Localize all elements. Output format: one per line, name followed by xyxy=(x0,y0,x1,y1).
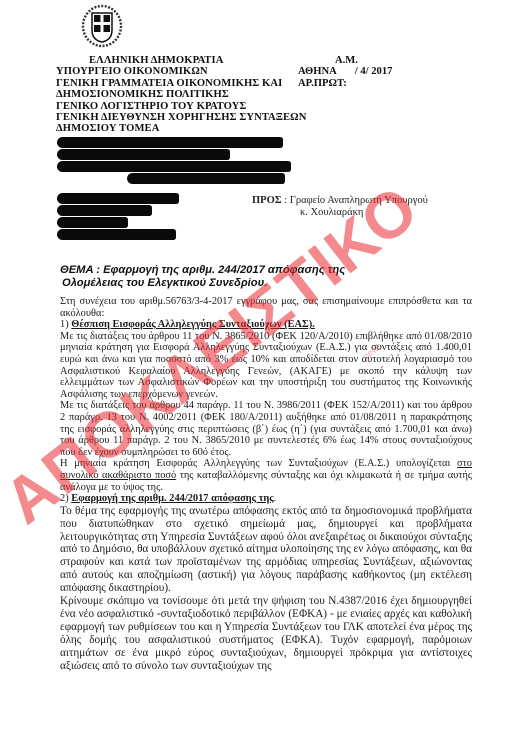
section-number: 1) xyxy=(60,319,69,330)
redaction-bar xyxy=(57,137,283,148)
header-line: ΕΛΛΗΝΙΚΗ ΔΗΜΟΚΡΑΤΙΑ xyxy=(56,55,307,66)
section-number: 2) xyxy=(60,493,69,504)
recipient-office: : Γραφείο Αναπληρωτή Υπουργού xyxy=(284,195,428,206)
text-run: Η μηνιαία κράτηση Εισφοράς Αλληλεγγύης τ… xyxy=(60,458,457,469)
header-line: ΓΕΝΙΚΗ ΔΙΕΥΘΥΝΣΗ ΧΟΡΗΓΗΣΗΣ ΣΥΝΤΑΞΕΩΝ xyxy=(56,112,307,123)
redaction-bar xyxy=(57,229,176,240)
document-meta-block: Α.Μ. ΑΘΗΝΑ / 4/ 2017 ΑΡ.ΠΡΩΤ: xyxy=(298,55,392,89)
header-line: ΔΗΜΟΣΙΟΝΟΜΙΚΗΣ ΠΟΛΙΤΙΚΗΣ xyxy=(56,89,307,100)
subject-line-1: ΘΕΜΑ : Εφαρμογή της αριθμ. 244/2017 απόφ… xyxy=(60,264,345,277)
redaction-bar xyxy=(57,161,291,172)
classification-label: Α.Μ. xyxy=(298,55,392,66)
header-line: ΔΗΜΟΣΙΟΥ ΤΟΜΕΑ xyxy=(56,123,307,134)
header-line: ΓΕΝΙΚΗ ΓΡΑΜΜΑΤΕΙΑ ΟΙΚΟΝΟΜΙΚΗΣ ΚΑΙ xyxy=(56,78,307,89)
redaction-bar xyxy=(127,173,285,184)
greek-coat-of-arms-icon xyxy=(80,4,124,48)
section-1-paragraph: Με τις διατάξεις του άρθρου 44 παράγρ. 1… xyxy=(60,400,472,458)
document-body: Στη συνέχεια του αριθμ.56763/3-4-2017 εγ… xyxy=(60,296,472,672)
issuing-authority-block: ΕΛΛΗΝΙΚΗ ΔΗΜΟΚΡΑΤΙΑ ΥΠΟΥΡΓΕΙΟ ΟΙΚΟΝΟΜΙΚΩ… xyxy=(56,55,307,135)
recipient-block: ΠΡΟΣ : Γραφείο Αναπληρωτή Υπουργού κ. Χο… xyxy=(252,195,428,219)
section-2-title: Εφαρμογή της αριθμ. 244/2017 απόφασης τη… xyxy=(71,493,273,504)
recipient-label: ΠΡΟΣ xyxy=(252,195,282,206)
section-1-title: Θέσπιση Εισφοράς Αλληλεγγύης Συνταξιούχω… xyxy=(71,319,315,330)
header-line: ΓΕΝΙΚΟ ΛΟΓΙΣΤΗΡΙΟ ΤΟΥ ΚΡΑΤΟΥΣ xyxy=(56,101,307,112)
recipient-person: κ. Χουλιαράκη xyxy=(252,207,428,219)
subject-heading: ΘΕΜΑ : Εφαρμογή της αριθμ. 244/2017 απόφ… xyxy=(60,264,345,290)
section-1-paragraph: Με τις διατάξεις του άρθρου 11 του Ν. 38… xyxy=(60,331,472,401)
redaction-bar xyxy=(57,149,230,160)
protocol-number: ΑΡ.ΠΡΩΤ: xyxy=(298,78,392,89)
intro-paragraph: Στη συνέχεια του αριθμ.56763/3-4-2017 εγ… xyxy=(60,296,472,319)
section-2-paragraph: Κρίνουμε σκόπιμο να τονίσουμε ότι μετά τ… xyxy=(60,595,472,672)
redaction-bar xyxy=(57,193,179,204)
section-2-heading: 2) Εφαρμογή της αριθμ. 244/2017 απόφασης… xyxy=(60,493,472,505)
section-1-heading: 1) Θέσπιση Εισφοράς Αλληλεγγύης Συνταξιο… xyxy=(60,319,472,331)
section-1-paragraph: Η μηνιαία κράτηση Εισφοράς Αλληλεγγύης τ… xyxy=(60,458,472,493)
subject-line-2: Ολομέλειας του Ελεγκτικού Συνεδρίου. xyxy=(60,277,345,290)
redaction-bar xyxy=(57,217,128,228)
section-2-paragraph: Το θέμα της εφαρμογής της ανωτέρω απόφασ… xyxy=(60,505,472,595)
redaction-bar xyxy=(57,205,152,216)
header-line: ΥΠΟΥΡΓΕΙΟ ΟΙΚΟΝΟΜΙΚΩΝ xyxy=(56,66,307,77)
city-date: ΑΘΗΝΑ / 4/ 2017 xyxy=(298,66,392,77)
